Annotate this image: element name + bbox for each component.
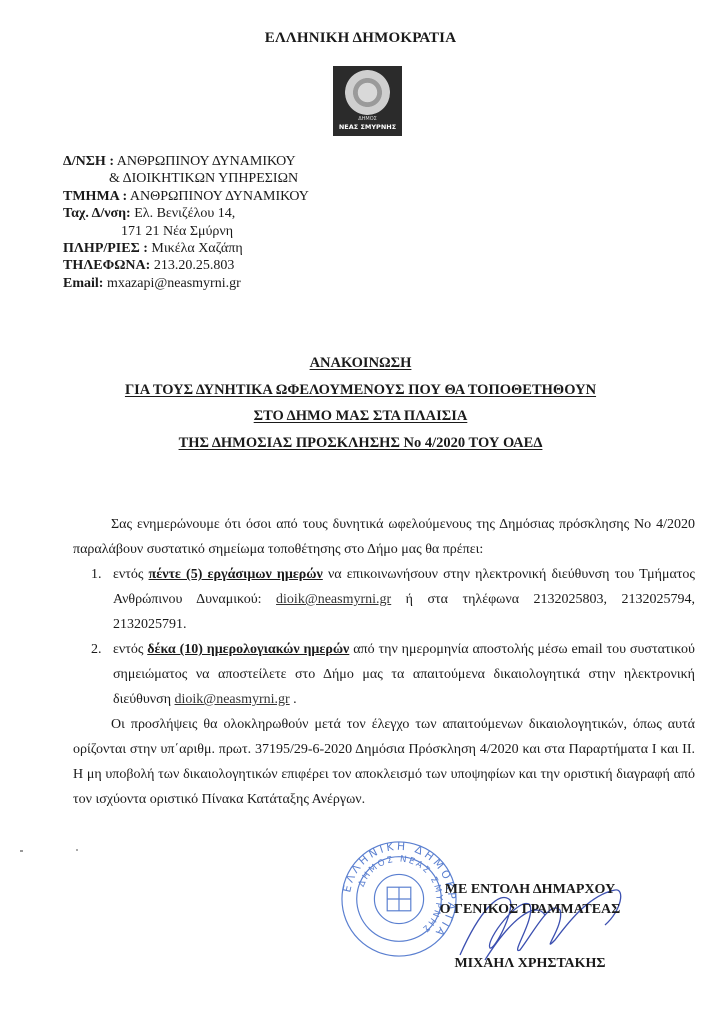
email-link[interactable]: dioik@neasmyrni.gr — [276, 592, 391, 607]
scan-speck — [20, 850, 23, 852]
address-value-2: 171 21 Νέα Σμύρνη — [121, 224, 233, 239]
address-row-2: 171 21 Νέα Σμύρνη — [63, 223, 309, 240]
directorate-value-2: & ΔΙΟΙΚΗΤΙΚΩΝ ΥΠΗΡΕΣΙΩΝ — [109, 171, 298, 186]
title-line-2: ΓΙΑ ΤΟΥΣ ΔΥΝΗΤΙΚΑ ΩΦΕΛΟΥΜΕΝΟΥΣ ΠΟΥ ΘΑ ΤΟ… — [125, 382, 596, 398]
announcement-body: Σας ενημερώνουμε ότι όσοι από τους δυνητ… — [73, 512, 695, 812]
list-item: 2. εντός δέκα (10) ημερολογιακών ημερών … — [73, 637, 695, 712]
item-text: εντός — [113, 567, 149, 582]
country-heading: ΕΛΛΗΝΙΚΗ ΔΗΜΟΚΡΑΤΙΑ — [0, 30, 721, 47]
info-row: ΠΛΗΡ/ΡΙΕΣ : Μικέλα Χαζάπη — [63, 240, 309, 257]
department-row: ΤΜΗΜΑ : ΑΝΘΡΩΠΙΝΟΥ ΔΥΝΑΜΙΚΟΥ — [63, 188, 309, 205]
deadline-emphasis: δέκα (10) ημερολογιακών ημερών — [147, 642, 349, 657]
list-number: 1. — [91, 562, 102, 587]
scan-speck — [76, 849, 78, 851]
address-label: Ταχ. Δ/νση: — [63, 206, 131, 221]
intro-paragraph: Σας ενημερώνουμε ότι όσοι από τους δυνητ… — [73, 512, 695, 562]
deadline-emphasis: πέντε (5) εργάσιμων ημερών — [149, 567, 323, 582]
signatory-name: ΜΙΧΑΗΛ ΧΡΗΣΤΑΚΗΣ — [430, 956, 630, 972]
email-link[interactable]: dioik@neasmyrni.gr — [175, 692, 290, 707]
item-text: εντός — [113, 642, 147, 657]
phone-row: ΤΗΛΕΦΩΝΑ: 213.20.25.803 — [63, 257, 309, 274]
announcement-titles: ΑΝΑΚΟΙΝΩΣΗ ΓΙΑ ΤΟΥΣ ΔΥΝΗΤΙΚΑ ΩΦΕΛΟΥΜΕΝΟΥ… — [0, 353, 721, 459]
instructions-list: 1. εντός πέντε (5) εργάσιμων ημερών να ε… — [73, 562, 695, 712]
phone-value: 213.20.25.803 — [154, 258, 235, 273]
department-label: ΤΜΗΜΑ : — [63, 189, 127, 204]
signature-line-2: Ο ΓΕΝΙΚΟΣ ΓΡΑΜΜΑΤΕΑΣ — [430, 900, 630, 920]
list-number: 2. — [91, 637, 102, 662]
signature-line-1: ΜΕ ΕΝΤΟΛΗ ΔΗΜΑΡΧΟΥ — [430, 880, 630, 900]
logo-line-1: ΔΗΜΟΣ — [333, 116, 402, 122]
municipality-logo: ΔΗΜΟΣ ΝΕΑΣ ΣΜΥΡΝΗΣ — [333, 66, 402, 136]
phone-label: ΤΗΛΕΦΩΝΑ: — [63, 258, 150, 273]
department-value: ΑΝΘΡΩΠΙΝΟΥ ΔΥΝΑΜΙΚΟΥ — [130, 189, 309, 204]
list-item: 1. εντός πέντε (5) εργάσιμων ημερών να ε… — [73, 562, 695, 637]
address-row: Ταχ. Δ/νση: Ελ. Βενιζέλου 14, — [63, 205, 309, 222]
directorate-label: Δ/ΝΣΗ : — [63, 154, 114, 169]
signature-block: ΜΕ ΕΝΤΟΛΗ ΔΗΜΑΡΧΟΥ Ο ΓΕΝΙΚΟΣ ΓΡΑΜΜΑΤΕΑΣ — [430, 880, 630, 920]
address-value: Ελ. Βενιζέλου 14, — [134, 206, 235, 221]
info-label: ΠΛΗΡ/ΡΙΕΣ : — [63, 241, 148, 256]
title-announcement: ΑΝΑΚΟΙΝΩΣΗ — [310, 355, 412, 371]
directorate-value: ΑΝΘΡΩΠΙΝΟΥ ΔΥΝΑΜΙΚΟΥ — [117, 154, 296, 169]
title-line-3: ΣΤΟ ΔΗΜΟ ΜΑΣ ΣΤΑ ΠΛΑΙΣΙΑ — [254, 408, 468, 424]
closing-paragraph: Οι προσλήψεις θα ολοκληρωθούν μετά τον έ… — [73, 712, 695, 812]
email-label: Email: — [63, 276, 103, 291]
municipal-seal-icon — [345, 70, 390, 115]
directorate-row-2: & ΔΙΟΙΚΗΤΙΚΩΝ ΥΠΗΡΕΣΙΩΝ — [63, 170, 309, 187]
info-value: Μικέλα Χαζάπη — [151, 241, 242, 256]
sender-info: Δ/ΝΣΗ : ΑΝΘΡΩΠΙΝΟΥ ΔΥΝΑΜΙΚΟΥ & ΔΙΟΙΚΗΤΙΚ… — [63, 153, 309, 292]
directorate-row: Δ/ΝΣΗ : ΑΝΘΡΩΠΙΝΟΥ ΔΥΝΑΜΙΚΟΥ — [63, 153, 309, 170]
title-line-4: ΤΗΣ ΔΗΜΟΣΙΑΣ ΠΡΟΣΚΛΗΣΗΣ Νο 4/2020 ΤΟΥ ΟΑ… — [179, 435, 543, 451]
email-value[interactable]: mxazapi@neasmyrni.gr — [107, 276, 241, 291]
logo-line-2: ΝΕΑΣ ΣΜΥΡΝΗΣ — [333, 123, 402, 131]
item-text: . — [290, 692, 297, 707]
email-row: Email: mxazapi@neasmyrni.gr — [63, 275, 309, 292]
